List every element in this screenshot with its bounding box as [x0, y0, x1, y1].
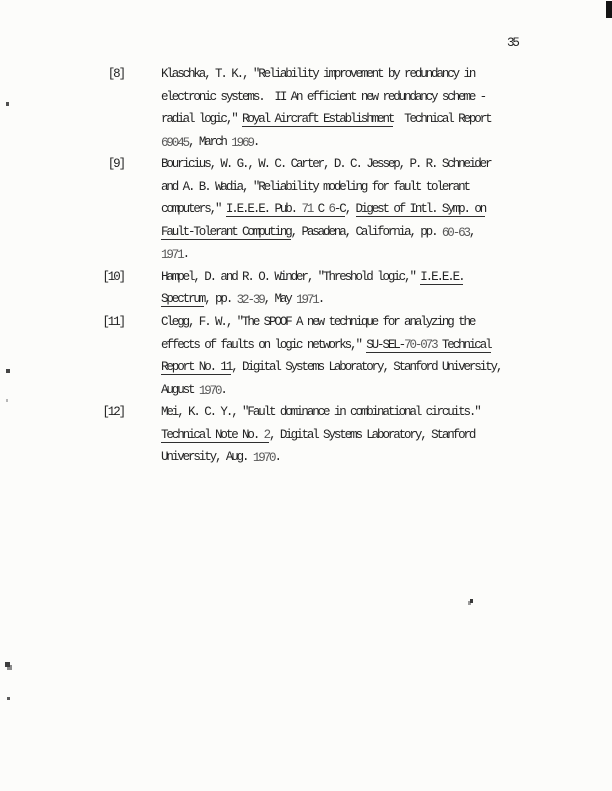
reference-line: [11]Clegg, F. W., "The SPOOF A new techn…: [161, 311, 581, 334]
reference-text: .: [220, 383, 225, 397]
reference-text: Klaschka, T. K., "Reliability improvemen…: [161, 67, 474, 81]
reference-text: ,: [469, 225, 474, 239]
reference-line: [12]Mei, K. C. Y., "Fault dominance in c…: [161, 401, 581, 424]
reference-label: [12]: [100, 401, 124, 424]
reference-text: 1970: [199, 384, 221, 398]
reference-text: , May: [264, 292, 296, 306]
reference-underlined-text: Spectrum: [161, 292, 204, 307]
reference-line: [9]Bouricius, W. G., W. C. Carter, D. C.…: [161, 153, 581, 176]
reference-text: Bouricius, W. G., W. C. Carter, D. C. Je…: [161, 157, 490, 171]
reference-underlined-text: 71: [301, 202, 312, 217]
reference-line: radial logic," Royal Aircraft Establishm…: [161, 108, 581, 131]
scan-speck: [6, 399, 8, 402]
scan-speck: [6, 369, 10, 373]
reference-line: 1971.: [161, 243, 581, 266]
reference-item: [11]Clegg, F. W., "The SPOOF A new techn…: [161, 311, 581, 401]
reference-line: University, Aug. 1970.: [161, 446, 581, 469]
scan-artifact-corner-bar: [606, 1, 612, 18]
reference-text: computers,": [161, 202, 226, 216]
reference-item: [9]Bouricius, W. G., W. C. Carter, D. C.…: [161, 153, 581, 266]
reference-text: August: [161, 383, 199, 397]
page-number: 35: [507, 36, 518, 50]
reference-line: [8]Klaschka, T. K., "Reliability improve…: [161, 63, 581, 86]
reference-text: .: [318, 292, 323, 306]
reference-text: 1971: [161, 248, 183, 262]
reference-underlined-text: 70-073: [404, 338, 436, 353]
reference-text: 1971: [296, 293, 318, 307]
reference-underlined-text: Technical Note No.: [161, 428, 264, 443]
reference-text: , March: [188, 135, 231, 149]
reference-text: , pp.: [204, 292, 236, 306]
reference-item: [8]Klaschka, T. K., "Reliability improve…: [161, 63, 581, 153]
reference-line: Fault-Tolerant Computing, Pasadena, Cali…: [161, 221, 581, 244]
reference-text: .: [183, 247, 188, 261]
scan-speck: [7, 697, 10, 700]
reference-text: , Digital Systems Laboratory, Stanford U…: [231, 360, 501, 374]
reference-label: [8]: [100, 63, 124, 86]
reference-line: Report No. 11, Digital Systems Laborator…: [161, 356, 581, 379]
scan-speck: [6, 102, 9, 106]
reference-text: ,: [345, 202, 356, 216]
reference-text: , Digital Systems Laboratory, Stanford: [269, 428, 474, 442]
reference-underlined-text: Royal Aircraft Establishment: [242, 112, 393, 127]
reference-text: Hampel, D. and R. O. Winder, "Threshold …: [161, 270, 420, 284]
reference-line: 69045, March 1969.: [161, 131, 581, 154]
reference-text: 1969: [231, 136, 253, 150]
document-page: 35 [8]Klaschka, T. K., "Reliability impr…: [0, 0, 612, 791]
reference-line: electronic systems. II An efficient new …: [161, 86, 581, 109]
reference-label: [11]: [100, 311, 124, 334]
reference-text: 60-63: [442, 226, 469, 240]
reference-text: 32-39: [237, 293, 264, 307]
reference-underlined-text: C: [312, 202, 328, 217]
reference-text: University, Aug.: [161, 450, 253, 464]
reference-line: [10]Hampel, D. and R. O. Winder, "Thresh…: [161, 266, 581, 289]
reference-underlined-text: Digest of Intl. Symp. on: [356, 202, 486, 217]
reference-underlined-text: 2: [264, 428, 269, 443]
reference-item: [10]Hampel, D. and R. O. Winder, "Thresh…: [161, 266, 581, 311]
reference-line: computers," I.E.E.E. Pub. 71 C 6-C, Dige…: [161, 198, 581, 221]
reference-text: Clegg, F. W., "The SPOOF A new technique…: [161, 315, 474, 329]
reference-line: and A. B. Wadia, "Reliability modeling f…: [161, 176, 581, 199]
reference-text: radial logic,": [161, 112, 242, 126]
reference-text: .: [253, 135, 258, 149]
reference-underlined-text: Technical: [436, 338, 490, 353]
reference-underlined-text: I.E.E.E. Pub.: [226, 202, 302, 217]
scan-speck: [470, 599, 473, 603]
references-list: [8]Klaschka, T. K., "Reliability improve…: [161, 63, 581, 469]
reference-underlined-text: 6: [328, 202, 333, 217]
reference-line: effects of faults on logic networks," SU…: [161, 334, 581, 357]
reference-underlined-text: -C: [334, 202, 345, 217]
reference-text: 69045: [161, 136, 188, 150]
reference-underlined-text: SU-SEL-: [366, 338, 404, 353]
reference-text: 1970: [253, 451, 275, 465]
reference-text: and A. B. Wadia, "Reliability modeling f…: [161, 180, 469, 194]
reference-line: August 1970.: [161, 379, 581, 402]
reference-underlined-text: Fault-Tolerant Computing: [161, 225, 291, 240]
reference-text: , Pasadena, California, pp.: [291, 225, 442, 239]
reference-line: Technical Note No. 2, Digital Systems La…: [161, 424, 581, 447]
reference-label: [10]: [100, 266, 124, 289]
reference-item: [12]Mei, K. C. Y., "Fault dominance in c…: [161, 401, 581, 469]
reference-text: Technical Report: [393, 112, 490, 126]
scan-speck: [5, 662, 10, 667]
reference-label: [9]: [100, 153, 124, 176]
reference-text: effects of faults on logic networks,": [161, 338, 366, 352]
reference-text: electronic systems. II An efficient new …: [161, 90, 485, 104]
reference-text: .: [274, 450, 279, 464]
reference-underlined-text: I.E.E.E.: [420, 270, 463, 285]
reference-text: Mei, K. C. Y., "Fault dominance in combi…: [161, 405, 480, 419]
reference-line: Spectrum, pp. 32-39, May 1971.: [161, 288, 581, 311]
reference-underlined-text: Report No. 11: [161, 360, 231, 375]
